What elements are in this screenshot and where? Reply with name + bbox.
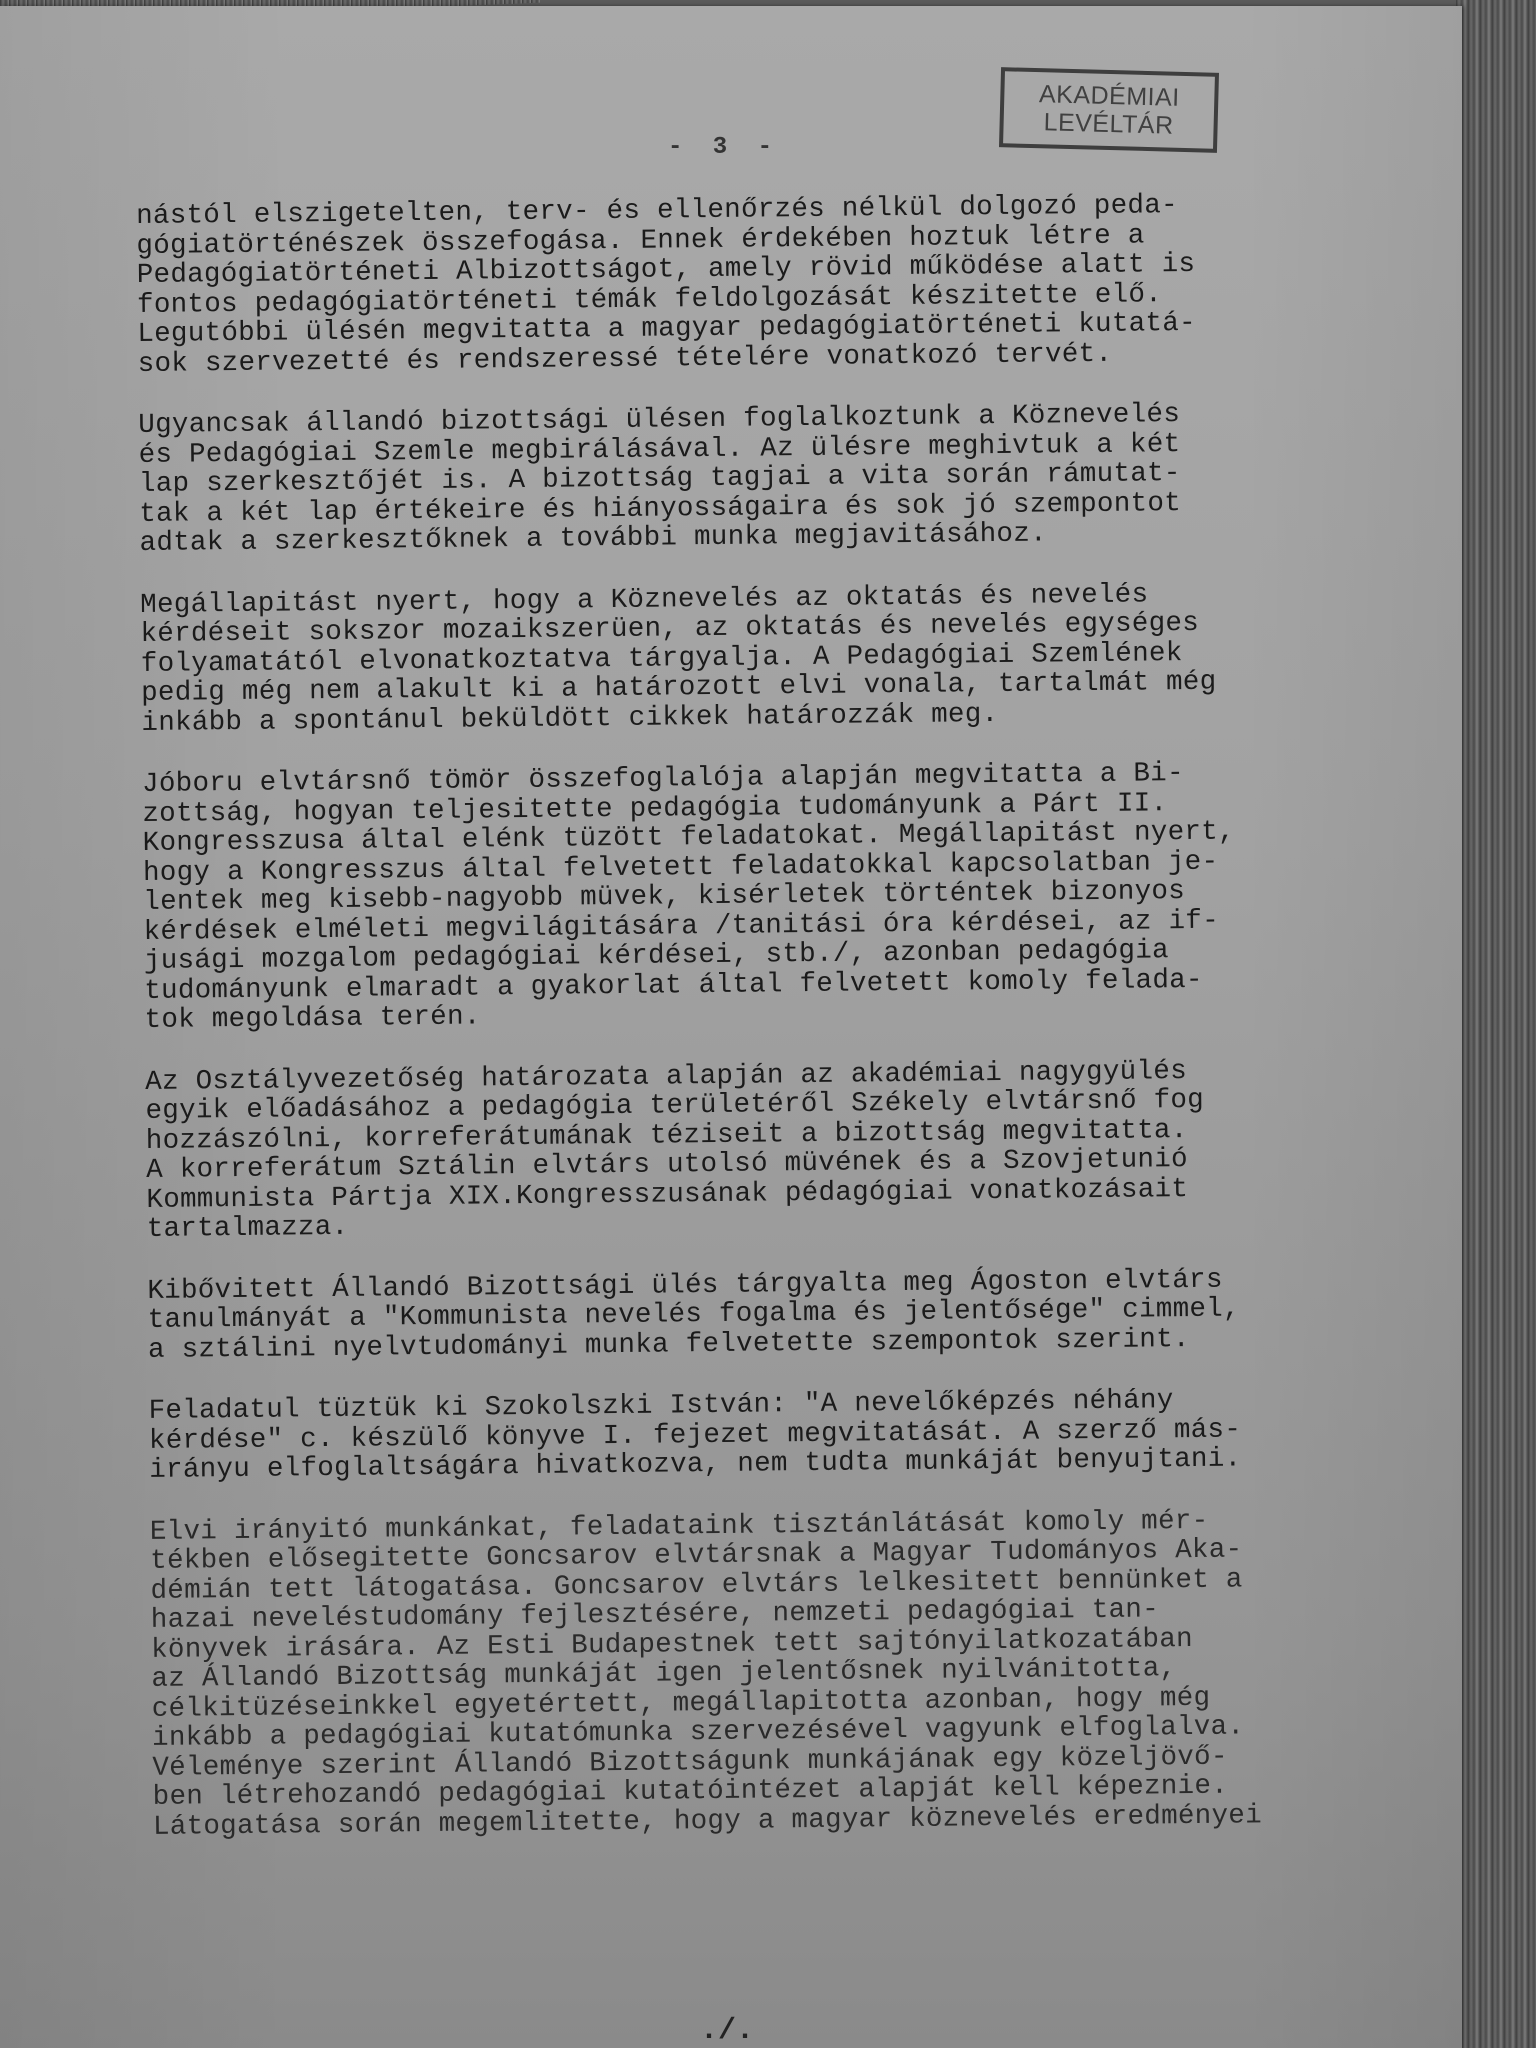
paragraph: Kibővitett Állandó Bizottsági ülés tárgy… [147, 1263, 1438, 1365]
paragraph: Elvi irányitó munkánkat, feladataink tis… [150, 1504, 1443, 1842]
continuation-mark: ./. [700, 2014, 754, 2048]
paragraph: nástól elszigetelten, terv- és ellenőrzé… [136, 188, 1428, 378]
paragraph: Jóboru elvtársnő tömör összefoglalója al… [142, 756, 1435, 1035]
paragraph: Feladatul tüztük ki Szokolszki István: "… [149, 1383, 1440, 1485]
paragraph: Az Osztályvezetőség határozata alapján a… [145, 1054, 1437, 1244]
archive-stamp: AKADÉMIAI LEVÉLTÁR [999, 67, 1219, 153]
paragraph: Ugyancsak állandó bizottsági ülésen fogl… [138, 397, 1429, 558]
document-body: nástól elszigetelten, terv- és ellenőrzé… [136, 188, 1443, 1873]
page-number: - 3 - [668, 134, 780, 161]
paragraph: Megállapitást nyert, hogy a Köznevelés a… [140, 577, 1431, 738]
stamp-line-2: LEVÉLTÁR [1003, 107, 1214, 140]
document-page: AKADÉMIAI LEVÉLTÁR - 3 - nástól elsziget… [0, 6, 1462, 2048]
page-stack-edges [1456, 0, 1536, 2048]
